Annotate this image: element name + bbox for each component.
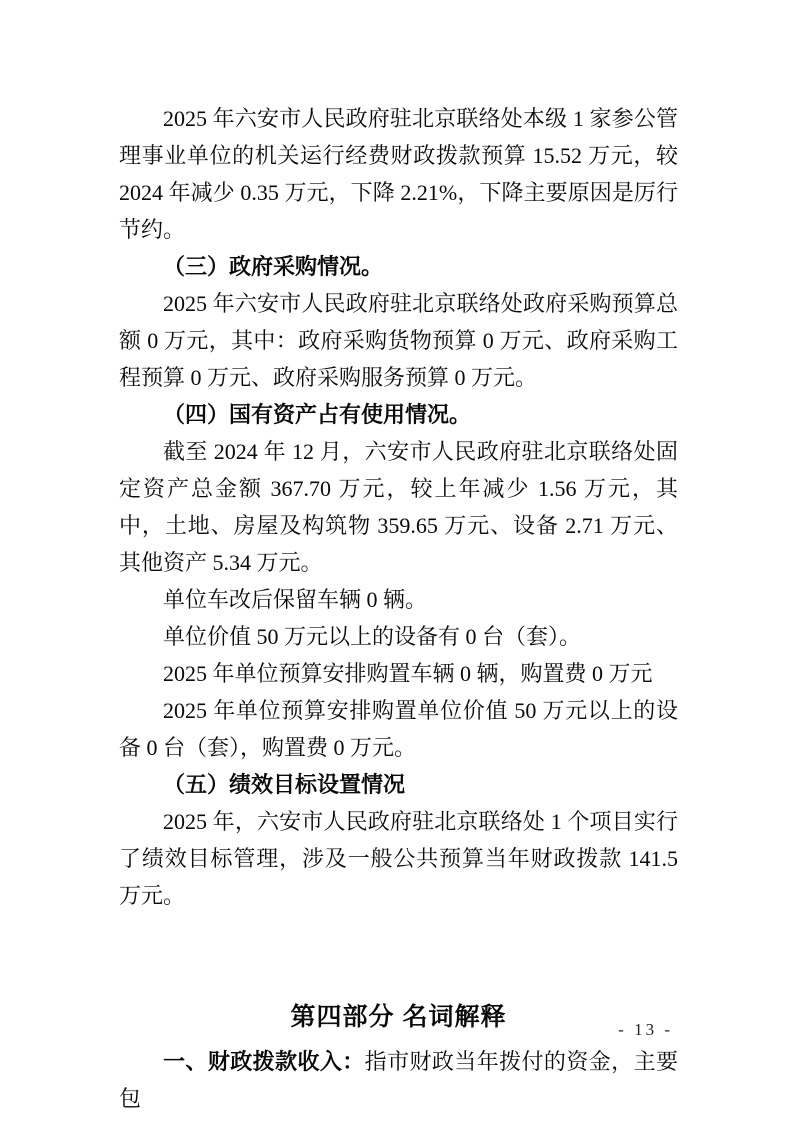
page-number: - 13 -	[618, 1018, 673, 1042]
paragraph-office-expense: 2025 年六安市人民政府驻北京联络处本级 1 家参公管理事业单位的机关运行经费…	[119, 100, 678, 248]
paragraph-procurement: 2025 年六安市人民政府驻北京联络处政府采购预算总额 0 万元，其中：政府采购…	[119, 285, 678, 396]
definition-paragraph: 一、财政拨款收入：指市财政当年拨付的资金，主要包	[119, 1043, 678, 1117]
section-heading-state-assets: （四）国有资产占有使用情况。	[119, 396, 678, 433]
text-column: 2025 年六安市人民政府驻北京联络处本级 1 家参公管理事业单位的机关运行经费…	[119, 100, 678, 1117]
document-page: 2025 年六安市人民政府驻北京联络处本级 1 家参公管理事业单位的机关运行经费…	[0, 0, 793, 1122]
part-title: 第四部分 名词解释	[119, 996, 678, 1038]
definition-term: 一、财政拨款收入：	[163, 1049, 365, 1074]
paragraph-vehicle-purchase-budget: 2025 年单位预算安排购置车辆 0 辆，购置费 0 万元	[119, 655, 678, 692]
paragraph-retained-vehicles: 单位车改后保留车辆 0 辆。	[119, 581, 678, 618]
section-heading-procurement: （三）政府采购情况。	[119, 248, 678, 285]
paragraph-equipment-purchase-budget: 2025 年单位预算安排购置单位价值 50 万元以上的设备 0 台（套），购置费…	[119, 692, 678, 766]
paragraph-equipment-over-50: 单位价值 50 万元以上的设备有 0 台（套）。	[119, 618, 678, 655]
section-heading-performance-targets: （五）绩效目标设置情况	[119, 766, 678, 803]
paragraph-performance-targets: 2025 年，六安市人民政府驻北京联络处 1 个项目实行了绩效目标管理，涉及一般…	[119, 803, 678, 914]
paragraph-state-assets: 截至 2024 年 12 月，六安市人民政府驻北京联络处固定资产总金额 367.…	[119, 433, 678, 581]
